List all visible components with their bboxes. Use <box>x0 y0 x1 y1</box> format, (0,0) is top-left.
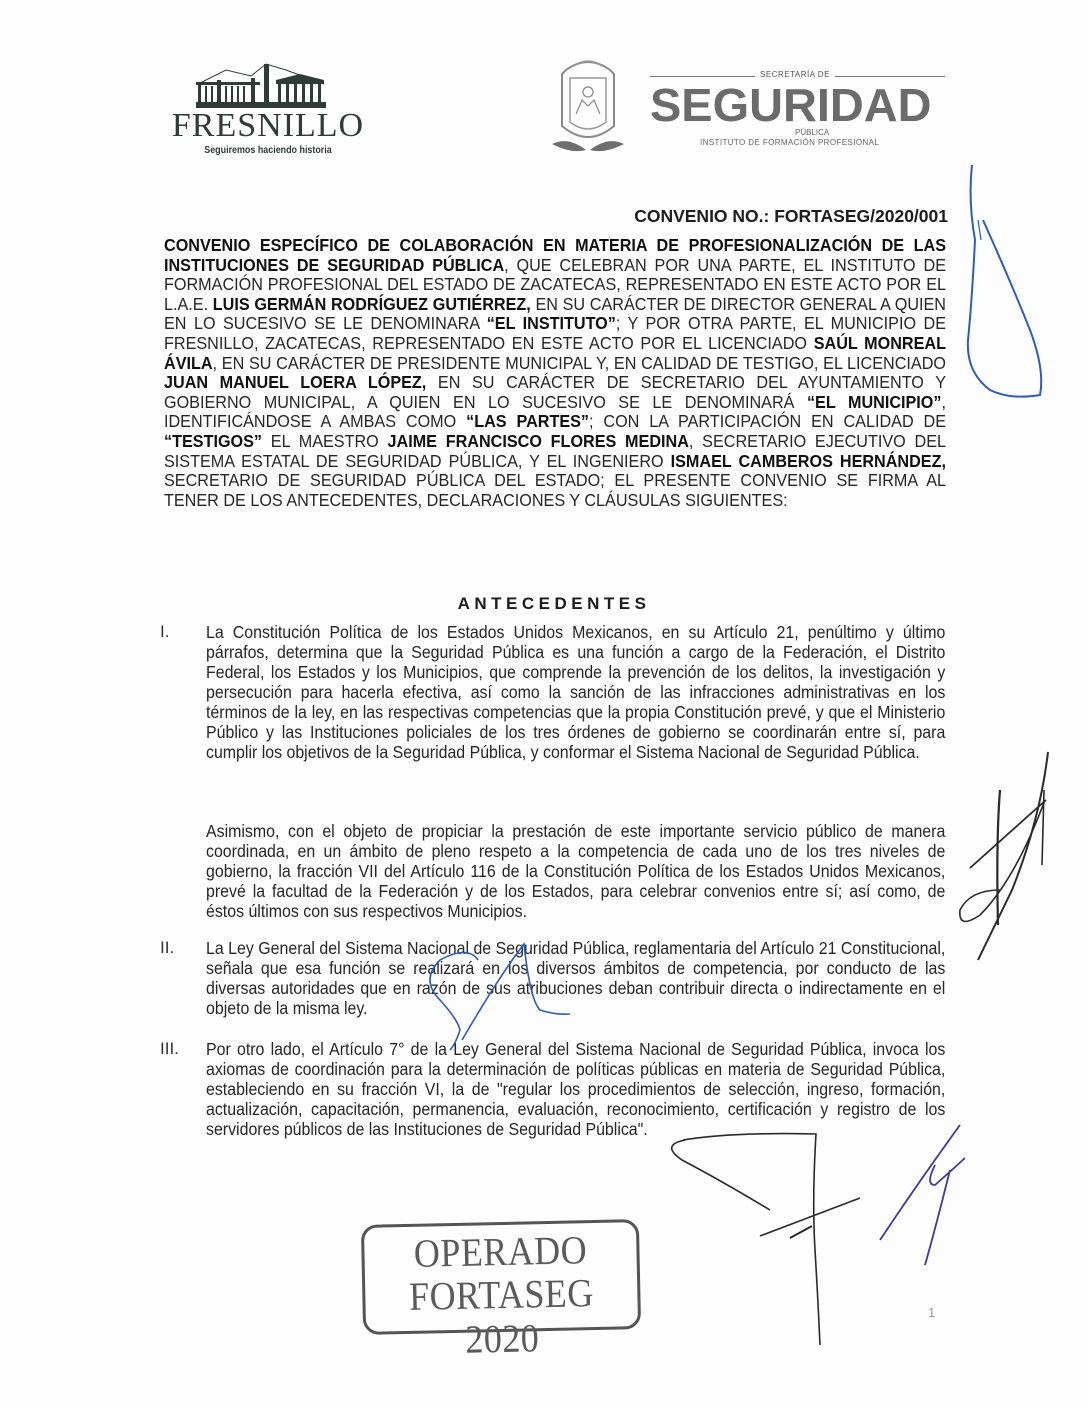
intro-bold-segment: “EL INSTITUTO” <box>487 313 616 333</box>
fresnillo-name: FRESNILLO <box>168 108 368 144</box>
intro-bold-segment: “EL MUNICIPIO” <box>807 392 942 412</box>
item-text: Por otro lado, el Artículo 7° de la Ley … <box>206 1039 945 1139</box>
stamp-line-1: OPERADO <box>378 1228 624 1275</box>
stamp-line-2: FORTASEG 2020 <box>379 1270 626 1363</box>
intro-bold-segment: LUIS GERMÁN RODRÍGUEZ GUTIÉRREZ, <box>213 294 531 314</box>
black-signature-icon <box>672 1134 820 1345</box>
intro-segment: ; CON LA PARTICIPACIÓN EN CALIDAD DE <box>589 411 946 431</box>
intro-segment: EL MAESTRO <box>262 431 387 451</box>
intro-segment: , EN SU CARÁCTER DE PRESIDENTE MUNICIPAL… <box>213 353 946 373</box>
seguridad-publica-logo: SECRETARÍA DE SEGURIDAD PÚBLICA INSTITUT… <box>650 70 950 155</box>
section-heading-antecedentes: ANTECEDENTES <box>0 594 1088 614</box>
antecedente-item-1-continuation: Asimismo, con el objeto de propiciar la … <box>206 821 945 921</box>
secretaria-label: SECRETARÍA DE <box>760 70 830 79</box>
institute-label: INSTITUTO DE FORMACIÓN PROFESIONAL <box>700 138 879 147</box>
zacatecas-crest-icon <box>548 52 628 160</box>
item-text: La Constitución Política de los Estados … <box>206 622 945 762</box>
document-page: FRESNILLO Seguiremos haciendo historia S… <box>0 0 1088 1408</box>
item-number: I. <box>160 622 169 642</box>
intro-bold-segment: ISMAEL CAMBEROS HERNÁNDEZ, <box>671 451 946 471</box>
item-number: II. <box>160 938 174 958</box>
fresnillo-logo: FRESNILLO Seguiremos haciendo historia <box>168 58 368 163</box>
intro-bold-segment: “LAS PARTES” <box>466 411 589 431</box>
convenio-number: CONVENIO NO.: FORTASEG/2020/001 <box>634 206 948 227</box>
black-initials-signature-icon <box>997 790 1000 925</box>
operado-fortaseg-stamp: OPERADO FORTASEG 2020 <box>361 1219 641 1335</box>
divider-line <box>835 76 945 77</box>
intro-segment: SECRETARIO DE SEGURIDAD PÚBLICA DEL ESTA… <box>164 470 946 510</box>
item-text: La Ley General del Sistema Nacional de S… <box>206 938 945 1018</box>
blue-loop-signature-icon <box>968 165 1041 397</box>
intro-bold-segment: JAIME FRANCISCO FLORES MEDINA <box>388 431 689 451</box>
blue-signature-icon <box>880 1125 965 1265</box>
page-number: 1 <box>928 1305 935 1320</box>
divider-line <box>650 76 755 77</box>
fresnillo-slogan: Seguiremos haciendo historia <box>183 144 353 156</box>
fresnillo-building-icon <box>196 62 326 110</box>
intro-bold-segment: “TESTIGOS” <box>164 431 262 451</box>
publica-label: PÚBLICA <box>795 128 829 137</box>
item-number: III. <box>160 1039 179 1059</box>
seguridad-wordmark: SEGURIDAD <box>650 80 932 130</box>
intro-paragraph: CONVENIO ESPECÍFICO DE COLABORACIÓN EN M… <box>164 236 946 510</box>
intro-bold-segment: JUAN MANUEL LOERA LÓPEZ, <box>164 372 426 392</box>
